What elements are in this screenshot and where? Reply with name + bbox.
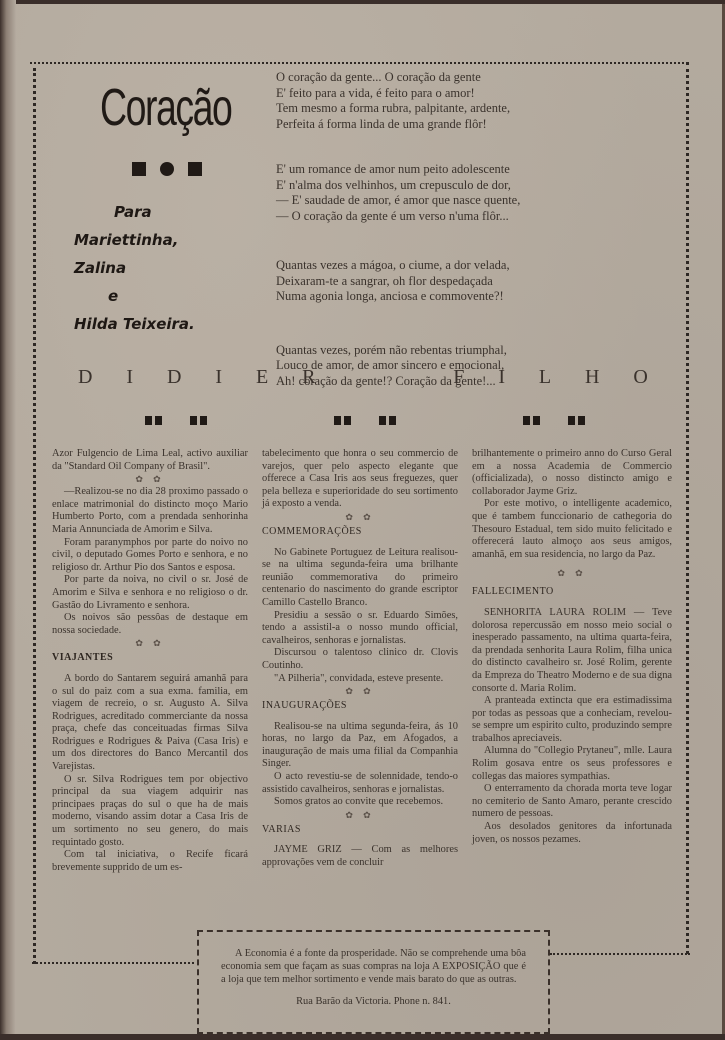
flower-separator-icon: ✿ ✿ (262, 685, 458, 698)
poem-dedication: Para Mariettinha, Zalina e Hilda Teixeir… (74, 198, 264, 338)
square-ornament-icon (132, 162, 146, 176)
advertisement-box: A Economia é a fonte da prosperidade. Nã… (197, 930, 550, 1034)
dotted-frame-left (33, 68, 36, 964)
dedication-line: Zalina (74, 254, 264, 282)
paragraph: Realisou-se na ultima segunda-feira, ás … (262, 721, 458, 771)
paragraph: A bordo do Santarem seguirá amanhã para … (52, 673, 248, 774)
scan-bottom-edge (0, 1034, 725, 1040)
section-heading-viajantes: VIAJANTES (52, 652, 248, 665)
page-binding-edge (0, 0, 16, 1040)
paragraph: Por parte da noiva, no civil o sr. José … (52, 574, 248, 612)
section-heading-varias: VARIAS (262, 824, 458, 837)
dotted-frame-top (30, 62, 688, 65)
paragraph: tabelecimento que honra o seu commercio … (262, 448, 458, 511)
title-ornament (132, 162, 202, 176)
flower-separator-icon: ✿ ✿ (52, 473, 248, 486)
author-letter: D (167, 366, 181, 389)
author-letter: R (302, 366, 315, 389)
author-letter: L (539, 366, 551, 389)
block-ornament-icon (190, 416, 207, 425)
author-letter: I (498, 366, 505, 389)
author-letter: I (126, 366, 133, 389)
author-letter: D (78, 366, 92, 389)
poem-line: E' feito para a vida, é feito para o amo… (276, 86, 676, 102)
flower-separator-icon: ✿ ✿ (472, 567, 672, 580)
poem-line: E' um romance de amor num peito adolesce… (276, 162, 676, 178)
paragraph: Azor Fulgencio de Lima Leal, activo auxi… (52, 448, 248, 473)
author-letter: I (215, 366, 222, 389)
author-letter: E (256, 366, 268, 389)
advertisement-text: A Economia é a fonte da prosperidade. Nã… (221, 948, 526, 986)
poem-stanza: E' um romance de amor num peito adolesce… (276, 162, 676, 224)
block-ornament-icon (145, 416, 162, 425)
ornament-pair (334, 416, 396, 425)
poem-line: O coração da gente... O coração da gente (276, 70, 676, 86)
dotted-frame-right (686, 62, 689, 954)
poem-line: — O coração da gente é um verso n'uma fl… (276, 209, 676, 225)
paragraph: Por este motivo, o intelligente academic… (472, 498, 672, 561)
poem-line: Deixaram-te a sangrar, oh flor despedaça… (276, 274, 676, 290)
dedication-line: Hilda Teixeira. (74, 310, 264, 338)
paragraph: Somos gratos ao convite que recebemos. (262, 796, 458, 809)
dedication-line: Mariettinha, (74, 226, 264, 254)
paragraph: Discursou o talentoso clinico dr. Clovis… (262, 647, 458, 672)
ornament-pair (523, 416, 585, 425)
poem-line: Tem mesmo a forma rubra, palpitante, ard… (276, 101, 676, 117)
poem-stanza: O coração da gente... O coração da gente… (276, 70, 676, 132)
poem-stanza: Quantas vezes a mágoa, o ciume, a dor ve… (276, 258, 676, 305)
paragraph: Presidiu a sessão o sr. Eduardo Simões, … (262, 610, 458, 648)
section-heading-inauguracoes: INAUGURAÇÕES (262, 700, 458, 713)
block-ornament-icon (379, 416, 396, 425)
paragraph: O enterramento da chorada morta teve log… (472, 783, 672, 821)
section-heading-commemoracoes: COMMEMORAÇÕES (262, 526, 458, 539)
poem-line: Quantas vezes a mágoa, o ciume, a dor ve… (276, 258, 676, 274)
ornament-pair (145, 416, 207, 425)
dedication-line: Para (74, 198, 264, 226)
poem-author: D I D I E R F I L H O (78, 366, 648, 389)
poem-line: E' n'alma dos velhinhos, um crepusculo d… (276, 178, 676, 194)
square-ornament-icon (188, 162, 202, 176)
paragraph: Alumna do "Collegio Prytaneu", mlle. Lau… (472, 745, 672, 783)
poem-line: Perfeita á forma linda de uma grande flô… (276, 117, 676, 133)
paragraph: Com tal iniciativa, o Recife ficará brev… (52, 849, 248, 874)
poem-title: Coração (100, 78, 201, 138)
paragraph: O sr. Silva Rodrigues tem por objectivo … (52, 774, 248, 850)
paragraph: JAYME GRIZ — Com as melhores approvações… (262, 844, 458, 869)
poem-line: Quantas vezes, porém não rebentas triump… (276, 343, 676, 359)
poem-line: — E' saudade de amor, é amor que nasce q… (276, 193, 676, 209)
flower-separator-icon: ✿ ✿ (52, 637, 248, 650)
block-ornament-icon (568, 416, 585, 425)
paragraph: "A Pilheria", convidada, esteve presente… (262, 673, 458, 686)
dotted-frame-bottom-right (550, 953, 690, 956)
author-spacer (349, 366, 419, 389)
circle-ornament-icon (160, 162, 174, 176)
paragraph: No Gabinete Portuguez de Leitura realiso… (262, 547, 458, 610)
news-column-1: Azor Fulgencio de Lima Leal, activo auxi… (52, 448, 248, 874)
author-letter: O (633, 366, 647, 389)
dedication-line: e (74, 282, 264, 310)
paragraph: A pranteada extincta que era estimadissi… (472, 695, 672, 745)
paragraph: —Realizou-se no dia 28 proximo passado o… (52, 486, 248, 536)
flower-separator-icon: ✿ ✿ (262, 809, 458, 822)
paragraph: Aos desolados genitores da infortunada j… (472, 821, 672, 846)
advertisement-address: Rua Barão da Victoria. Phone n. 841. (221, 996, 526, 1009)
poem-line: Numa agonia longa, anciosa e commovente?… (276, 289, 676, 305)
paragraph: Foram paranymphos por parte do noivo no … (52, 537, 248, 575)
news-column-2: tabelecimento que honra o seu commercio … (262, 448, 458, 870)
news-column-3: brilhantemente o primeiro anno do Curso … (472, 448, 672, 846)
paragraph: Os noivos são pessôas de destaque em nos… (52, 612, 248, 637)
section-heading-fallecimento: FALLECIMENTO (472, 586, 672, 599)
author-letter: H (585, 366, 599, 389)
block-ornament-icon (334, 416, 351, 425)
paragraph: O acto revestiu-se de solennidade, tendo… (262, 771, 458, 796)
author-letter: F (453, 366, 464, 389)
paragraph: SENHORITA LAURA ROLIM — Teve dolorosa re… (472, 607, 672, 695)
paragraph: brilhantemente o primeiro anno do Curso … (472, 448, 672, 498)
column-divider-ornaments (145, 416, 585, 425)
block-ornament-icon (523, 416, 540, 425)
dotted-frame-bottom-left (32, 962, 194, 965)
flower-separator-icon: ✿ ✿ (262, 511, 458, 524)
